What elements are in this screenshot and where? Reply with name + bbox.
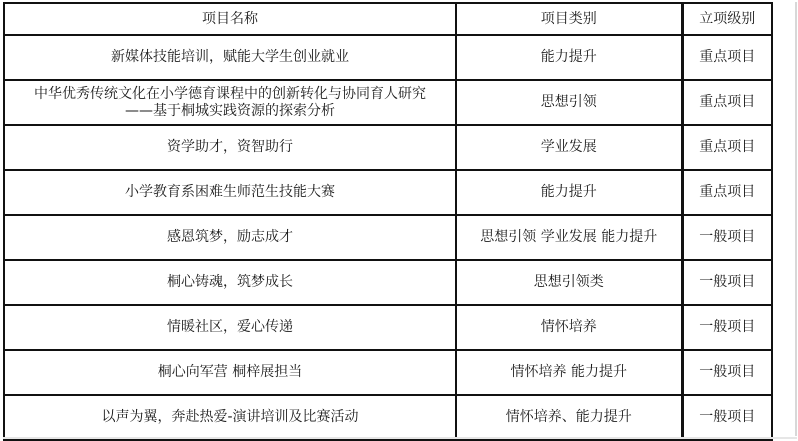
- cell-project-level: 一般项目: [682, 350, 772, 395]
- cell-project-name: 情暖社区，爱心传递: [4, 305, 456, 350]
- project-name-text: 桐心向军营 桐梓展担当: [158, 364, 302, 380]
- cell-project-name: 感恩筑梦，励志成才: [4, 215, 456, 260]
- table-row: 资学助才，资智助行 学业发展 重点项目: [4, 125, 772, 170]
- table-row: 桐心向军营 桐梓展担当 情怀培养 能力提升 一般项目: [4, 350, 772, 395]
- cell-project-name: 小学教育系困难生师范生技能大赛: [4, 170, 456, 215]
- project-name-text: 情暖社区，爱心传递: [167, 319, 293, 335]
- table-row: 中华优秀传统文化在小学德育课程中的创新转化与协同育人研究 ——基于桐城实践资源的…: [4, 80, 772, 125]
- header-project-level: 立项级别: [682, 3, 772, 35]
- table-row: 感恩筑梦，励志成才 思想引领 学业发展 能力提升 一般项目: [4, 215, 772, 260]
- table-bottom-edge-shadow: [3, 437, 797, 439]
- cell-project-name: 以声为翼，奔赴热爱-演讲培训及比赛活动: [4, 395, 456, 440]
- project-name-text-line2: ——基于桐城实践资源的探索分析: [9, 103, 451, 120]
- cell-project-category: 思想引领类: [456, 260, 682, 305]
- project-name-text: 小学教育系困难生师范生技能大赛: [125, 184, 335, 200]
- cell-project-category: 情怀培养 能力提升: [456, 350, 682, 395]
- table-row: 桐心铸魂，筑梦成长 思想引领类 一般项目: [4, 260, 772, 305]
- cell-project-level: 一般项目: [682, 395, 772, 440]
- cell-project-name: 资学助才，资智助行: [4, 125, 456, 170]
- project-table: 项目名称 项目类别 立项级别 新媒体技能培训，赋能大学生创业就业 能力提升 重点…: [3, 2, 773, 441]
- table-row: 以声为翼，奔赴热爱-演讲培训及比赛活动 情怀培养、能力提升 一般项目: [4, 395, 772, 440]
- cell-project-level: 重点项目: [682, 80, 772, 125]
- cell-project-name: 桐心铸魂，筑梦成长: [4, 260, 456, 305]
- cell-project-level: 重点项目: [682, 35, 772, 80]
- table-row: 情暖社区，爱心传递 情怀培养 一般项目: [4, 305, 772, 350]
- cell-project-name: 桐心向军营 桐梓展担当: [4, 350, 456, 395]
- table-right-edge-shadow: [795, 2, 797, 436]
- cell-project-category: 能力提升: [456, 35, 682, 80]
- cell-project-category: 思想引领: [456, 80, 682, 125]
- cell-project-level: 重点项目: [682, 170, 772, 215]
- table-row: 小学教育系困难生师范生技能大赛 能力提升 重点项目: [4, 170, 772, 215]
- project-name-text: 以声为翼，奔赴热爱-演讲培训及比赛活动: [101, 409, 358, 425]
- cell-project-category: 学业发展: [456, 125, 682, 170]
- cell-project-name: 中华优秀传统文化在小学德育课程中的创新转化与协同育人研究 ——基于桐城实践资源的…: [4, 80, 456, 125]
- table-row: 新媒体技能培训，赋能大学生创业就业 能力提升 重点项目: [4, 35, 772, 80]
- header-project-name: 项目名称: [4, 3, 456, 35]
- cell-project-category: 情怀培养、能力提升: [456, 395, 682, 440]
- cell-project-level: 一般项目: [682, 305, 772, 350]
- project-name-text: 资学助才，资智助行: [167, 139, 293, 155]
- cell-project-level: 一般项目: [682, 260, 772, 305]
- cell-project-category: 思想引领 学业发展 能力提升: [456, 215, 682, 260]
- project-name-text: 感恩筑梦，励志成才: [167, 229, 293, 245]
- header-project-category: 项目类别: [456, 3, 682, 35]
- cell-project-category: 能力提升: [456, 170, 682, 215]
- project-name-text: 桐心铸魂，筑梦成长: [167, 274, 293, 290]
- table-header-row: 项目名称 项目类别 立项级别: [4, 3, 772, 35]
- cell-project-category: 情怀培养: [456, 305, 682, 350]
- project-name-text: 新媒体技能培训，赋能大学生创业就业: [111, 49, 349, 65]
- cell-project-level: 一般项目: [682, 215, 772, 260]
- cell-project-level: 重点项目: [682, 125, 772, 170]
- cell-project-name: 新媒体技能培训，赋能大学生创业就业: [4, 35, 456, 80]
- project-name-text-line1: 中华优秀传统文化在小学德育课程中的创新转化与协同育人研究: [9, 86, 451, 103]
